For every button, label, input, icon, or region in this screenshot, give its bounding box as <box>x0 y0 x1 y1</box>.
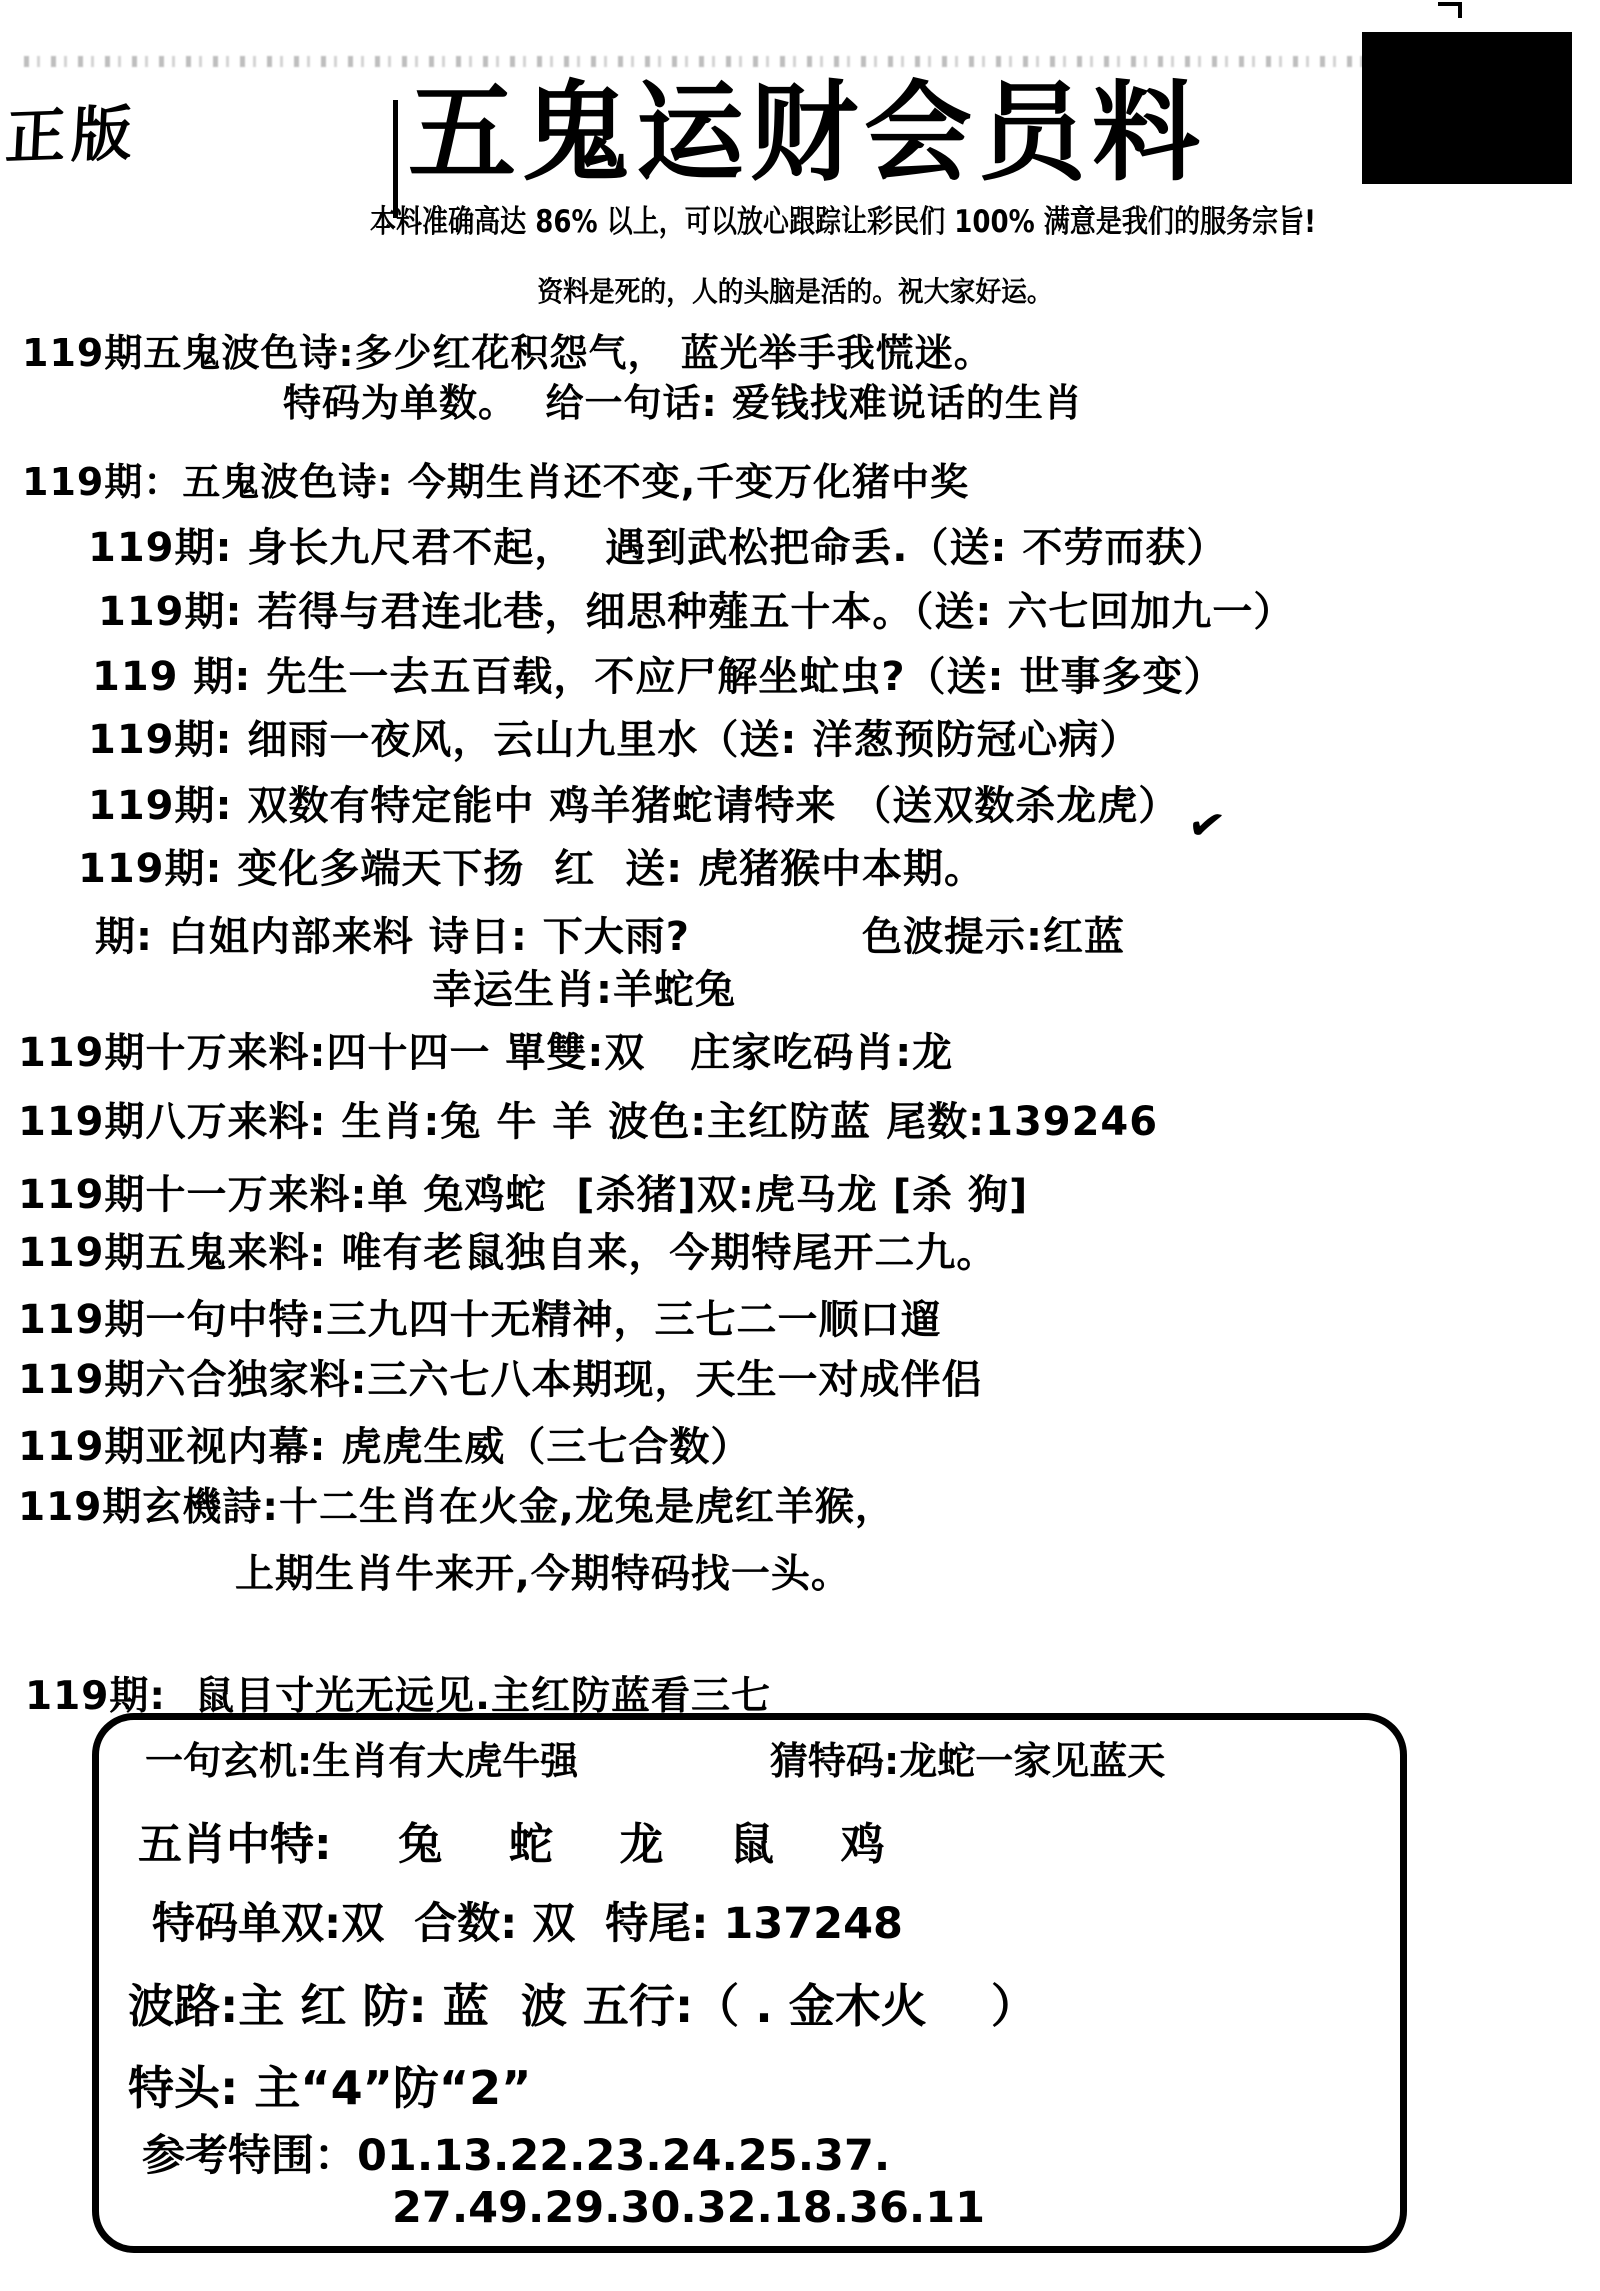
line-special-code-hint: 特码为单数。 给一句话: 爱钱找难说话的生肖 <box>283 372 1083 427</box>
line-wugui-material: 119期五鬼来料: 唯有老鼠独自来，今期特尾开二九。 <box>18 1221 997 1278</box>
line-80k-material: 119期八万来料: 生肖:兔 牛 羊 波色:主红防蓝 尾数:139246 <box>18 1090 1158 1147</box>
box-parity-line: 特码单双:双 合数: 双 特尾: 137248 <box>152 1890 903 1951</box>
line-mystery-poem-1: 119期玄機詩:十二生肖在火金,龙兔是虎红羊猴， <box>18 1476 895 1532</box>
line-mystery-poem-2: 上期生肖牛来开,今期特码找一头。 <box>235 1543 851 1599</box>
box-reference-numbers-line2: 27.49.29.30.32.18.36.11 <box>392 2183 985 2233</box>
line-period-poem-6: 119期: 变化多端天下扬 红 送: 虎猪猴中本期。 <box>78 837 985 894</box>
box-five-zodiac-special: 五肖中特: 兔 蛇 龙 鼠 鸡 <box>138 1808 885 1872</box>
edition-label: 正版 <box>4 86 141 177</box>
box-wave-path-line: 波路:主 红 防: 蓝 波 五行:（ . 金木火 ） <box>128 1970 1037 2036</box>
checkmark-icon: ✔ <box>1184 797 1229 854</box>
line-color-wave-hint: 色波提示:红蓝 <box>862 905 1125 962</box>
line-period-poem-1: 119期: 身长九尺君不起， 遇到武松把命丢.（送: 不劳而获） <box>88 516 1227 573</box>
line-110k-material: 119期十一万来料:单 兔鸡蛇 [杀猪]双:虎马龙 [杀 狗] <box>18 1163 1028 1220</box>
box-special-head-line: 特头: 主“4”防“2” <box>128 2052 531 2118</box>
line-lucky-zodiac: 幸运生肖:羊蛇兔 <box>432 958 736 1015</box>
box-guess-special-code: 猜特码:龙蛇一家见蓝天 <box>770 1730 1165 1785</box>
redaction-block <box>1362 32 1572 184</box>
line-wave-color-poem-1: 119期五鬼波色诗:多少红花积怨气， 蓝光举手我慌迷。 <box>22 322 993 377</box>
box-mystery-sentence: 一句玄机:生肖有大虎牛强 <box>145 1730 578 1785</box>
line-wave-color-poem-2: 119期：五鬼波色诗: 今期生肖还不变,千变万化猪中奖 <box>22 451 969 506</box>
line-baijie-material: 期: 白姐内部来料 诗日: 下大雨? <box>95 905 690 962</box>
line-period-poem-2: 119期: 若得与君连北巷，细思种薤五十本。（送: 六七回加九一） <box>98 580 1294 637</box>
corner-scan-mark <box>1438 2 1462 18</box>
line-yashi-insider: 119期亚视内幕: 虎虎生威（三七合数） <box>18 1415 751 1472</box>
accuracy-note: 本料准确高达 86% 以上，可以放心跟踪让彩民们 100% 满意是我们的服务宗旨… <box>370 196 1316 241</box>
lottery-tip-sheet: 正版 五鬼运财会员料 本料准确高达 86% 以上，可以放心跟踪让彩民们 100%… <box>0 0 1600 2291</box>
luck-note: 资料是死的，人的头脑是活的。祝大家好运。 <box>537 270 1052 310</box>
line-liuhe-exclusive: 119期六合独家料:三六七八本期现，天生一对成伴侣 <box>18 1348 983 1405</box>
line-period-poem-4: 119期: 细雨一夜风，云山九里水（送: 洋葱预防冠心病） <box>88 708 1140 765</box>
line-period-poem-3: 119 期: 先生一去五百载，不应尸解坐虻虫?（送: 世事多变） <box>92 645 1224 702</box>
box-reference-numbers-line1: 参考特围：01.13.22.23.24.25.37. <box>142 2122 890 2183</box>
line-period-poem-5: 119期: 双数有特定能中 鸡羊猪蛇请特来 （送双数杀龙虎） <box>88 774 1179 831</box>
line-one-sentence-special: 119期一句中特:三九四十无精神，三七二一顺口遛 <box>18 1288 942 1345</box>
page-title: 五鬼运财会员料 <box>408 46 1206 201</box>
line-100k-material: 119期十万来料:四十四一 單雙:双 庄家吃码肖:龙 <box>18 1021 953 1078</box>
